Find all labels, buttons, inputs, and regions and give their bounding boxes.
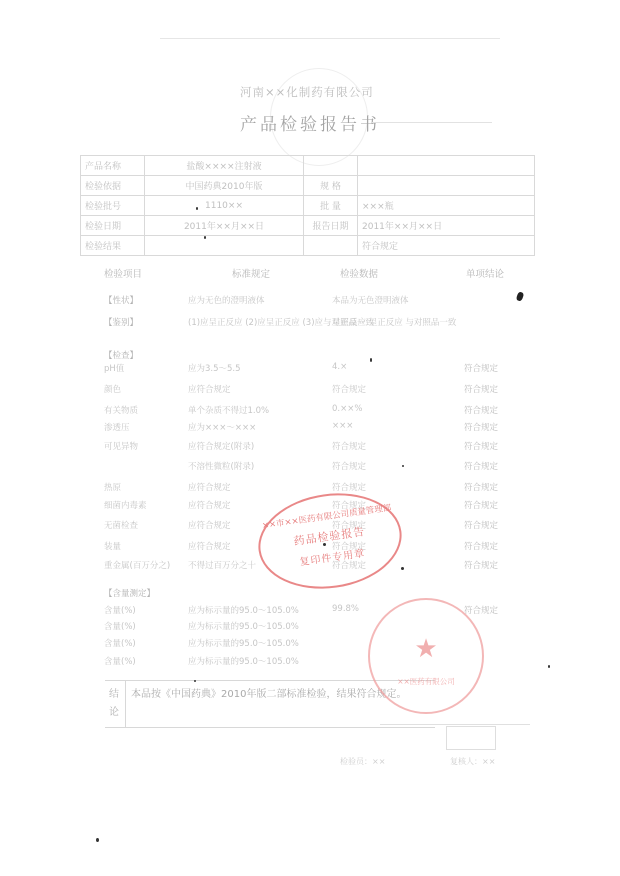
- report-info-table: 产品名称 盐酸××××注射液 检验依据 中国药典2010年版 规 格 检验批号 …: [80, 155, 535, 256]
- row-standard: 应符合规定: [188, 499, 231, 511]
- signature-inspector: 检验员：××: [340, 756, 385, 767]
- row-standard: 应符合规定: [188, 540, 231, 552]
- row-standard: 不得过百万分之十: [188, 559, 256, 571]
- info-row: 检验结果 符合规定: [81, 236, 535, 256]
- scan-speck: [370, 358, 372, 362]
- table-row: 可见异物应符合规定(附录)符合规定符合规定: [100, 440, 530, 454]
- info-label-2: 报告日期: [304, 216, 358, 236]
- row-data: 呈正反应 呈正反应 与对照品一致: [332, 316, 456, 328]
- conclusion-label: 结 论: [109, 686, 123, 722]
- row-standard: 应为标示量的95.0～105.0%: [188, 655, 299, 667]
- scan-speck: [204, 236, 206, 239]
- row-standard: 应为×××～×××: [188, 421, 256, 433]
- company-seal-stamp: ★ ××医药有限公司: [368, 598, 484, 714]
- row-result: 符合规定: [464, 440, 498, 452]
- table-row: 不溶性微粒(附录)符合规定符合规定: [100, 460, 530, 474]
- row-item: 装量: [104, 540, 121, 552]
- row-result: 符合规定: [464, 383, 498, 395]
- info-label: 检验日期: [81, 216, 145, 236]
- row-result: 符合规定: [464, 404, 498, 416]
- signature-box: [446, 726, 496, 750]
- row-item: 有关物质: [104, 404, 138, 416]
- row-data: 符合规定: [332, 460, 366, 472]
- info-value: 盐酸××××注射液: [145, 156, 304, 176]
- row-data: 99.8%: [332, 604, 359, 614]
- scan-top-artifact-line: [160, 38, 500, 45]
- col-header-result: 单项结论: [466, 266, 504, 280]
- row-standard: 不溶性微粒(附录): [188, 460, 254, 472]
- scan-speck: [401, 567, 404, 570]
- row-data: 4.×: [332, 362, 347, 372]
- table-row: 【鉴别】(1)应呈正反应 (2)应呈正反应 (3)应与对照品一致呈正反应 呈正反…: [100, 316, 530, 330]
- table-row: 【检查】: [100, 349, 530, 363]
- signature-reviewer: 复核人：××: [450, 756, 495, 767]
- row-item: 颜色: [104, 383, 121, 395]
- scan-speck: [194, 680, 196, 682]
- info-label-2: [304, 156, 358, 176]
- row-standard: 单个杂质不得过1.0%: [188, 404, 269, 416]
- row-data: 本品为无色澄明液体: [332, 294, 409, 306]
- info-value-2: 符合规定: [358, 236, 535, 256]
- info-value: 中国药典2010年版: [145, 176, 304, 196]
- row-item: 【鉴别】: [104, 316, 138, 328]
- row-data: 符合规定: [332, 440, 366, 452]
- info-value-2: [358, 176, 535, 196]
- info-row: 检验批号 1110×× 批 量 ×××瓶: [81, 196, 535, 216]
- row-item: 热原: [104, 481, 121, 493]
- scan-speck: [323, 543, 326, 546]
- row-standard: 应为3.5～5.5: [188, 362, 241, 374]
- row-item: 细菌内毒素: [104, 499, 147, 511]
- table-row: pH值应为3.5～5.54.×符合规定: [100, 362, 530, 376]
- row-data: 符合规定: [332, 481, 366, 493]
- table-row: 【含量测定】: [100, 587, 530, 601]
- col-header-data: 检验数据: [340, 266, 378, 280]
- info-value: 1110××: [145, 196, 304, 216]
- info-label-2: [304, 236, 358, 256]
- col-header-item: 检验项目: [104, 266, 142, 280]
- info-value-2: ×××瓶: [358, 196, 535, 216]
- row-item: 含量(%): [104, 637, 136, 649]
- table-row: 有关物质单个杂质不得过1.0%0.××%符合规定: [100, 404, 530, 418]
- row-item: 无菌检查: [104, 519, 138, 531]
- row-standard: 应符合规定: [188, 383, 231, 395]
- row-result: 符合规定: [464, 559, 498, 571]
- title-underline: [372, 122, 492, 123]
- row-result: 符合规定: [464, 460, 498, 472]
- signature-line: [380, 724, 530, 725]
- row-result: 符合规定: [464, 499, 498, 511]
- row-item: 渗透压: [104, 421, 130, 433]
- info-value: [145, 236, 304, 256]
- scan-speck: [402, 465, 404, 467]
- row-item: 含量(%): [104, 655, 136, 667]
- table-row: 渗透压应为×××～××××××符合规定: [100, 421, 530, 435]
- scan-speck: [548, 665, 550, 668]
- info-value-2: [358, 156, 535, 176]
- row-item: pH值: [104, 362, 124, 374]
- col-header-standard: 标准规定: [232, 266, 270, 280]
- row-item: 含量(%): [104, 604, 136, 616]
- star-icon: ★: [370, 636, 482, 662]
- info-value: 2011年××月××日: [145, 216, 304, 236]
- scan-speck: [196, 207, 198, 210]
- row-item: 含量(%): [104, 620, 136, 632]
- scan-speck: [96, 838, 99, 842]
- row-result: 符合规定: [464, 540, 498, 552]
- row-standard: 应为标示量的95.0～105.0%: [188, 620, 299, 632]
- row-standard: 应为无色的澄明液体: [188, 294, 265, 306]
- row-data: ×××: [332, 421, 353, 431]
- row-standard: 应符合规定(附录): [188, 440, 254, 452]
- row-result: 符合规定: [464, 604, 498, 616]
- info-row: 检验日期 2011年××月××日 报告日期 2011年××月××日: [81, 216, 535, 236]
- row-item: 【性状】: [104, 294, 138, 306]
- table-row: 【性状】应为无色的澄明液体本品为无色澄明液体: [100, 294, 530, 308]
- table-row: 颜色应符合规定符合规定符合规定: [100, 383, 530, 397]
- row-result: 符合规定: [464, 519, 498, 531]
- info-label-2: 规 格: [304, 176, 358, 196]
- row-result: 符合规定: [464, 421, 498, 433]
- row-item: 可见异物: [104, 440, 138, 452]
- row-standard: 应为标示量的95.0～105.0%: [188, 604, 299, 616]
- info-label: 检验批号: [81, 196, 145, 216]
- row-data: 0.××%: [332, 404, 362, 414]
- info-label: 检验依据: [81, 176, 145, 196]
- row-standard: 应为标示量的95.0～105.0%: [188, 637, 299, 649]
- row-data: 符合规定: [332, 383, 366, 395]
- row-item: 重金属(百万分之): [104, 559, 170, 571]
- company-name: 河南××化制药有限公司: [240, 84, 374, 100]
- row-standard: 应符合规定: [188, 519, 231, 531]
- report-title: 产品检验报告书: [240, 110, 380, 135]
- row-item: 【检查】: [104, 349, 138, 361]
- conclusion-divider: [125, 681, 126, 727]
- row-result: 符合规定: [464, 481, 498, 493]
- row-item: 【含量测定】: [104, 587, 155, 599]
- info-label: 检验结果: [81, 236, 145, 256]
- info-label-2: 批 量: [304, 196, 358, 216]
- row-standard: 应符合规定: [188, 481, 231, 493]
- info-row: 检验依据 中国药典2010年版 规 格: [81, 176, 535, 196]
- info-value-2: 2011年××月××日: [358, 216, 535, 236]
- info-row: 产品名称 盐酸××××注射液: [81, 156, 535, 176]
- row-result: 符合规定: [464, 362, 498, 374]
- table-row: 热原应符合规定符合规定符合规定: [100, 481, 530, 495]
- info-label: 产品名称: [81, 156, 145, 176]
